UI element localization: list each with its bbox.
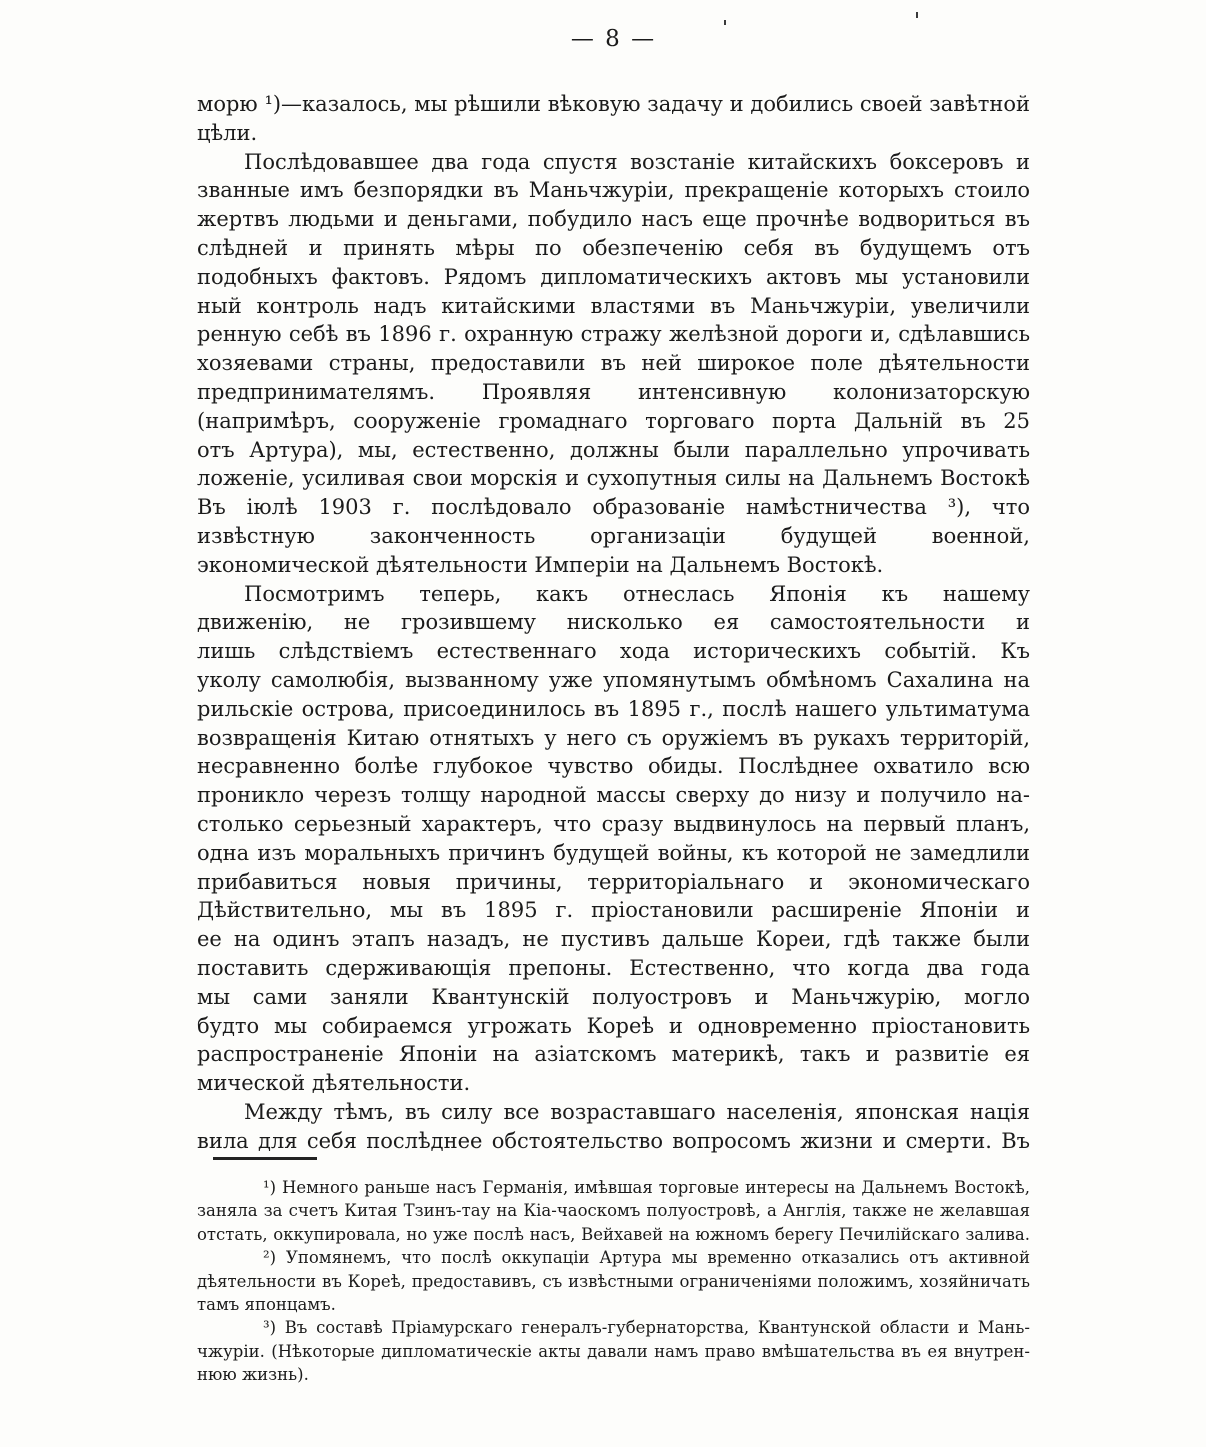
text-line: морю ¹)—казалось, мы рѣшили вѣковую зада… bbox=[197, 90, 1030, 119]
scan-speck bbox=[724, 20, 726, 25]
text-line: ¹) Немного раньше насъ Германія, имѣвшая… bbox=[197, 1176, 1030, 1199]
text-line: Въ іюлѣ 1903 г. послѣдовало образованіе … bbox=[197, 493, 1030, 522]
scanned-book-page: — 8 — морю ¹)—казалось, мы рѣшили вѣкову… bbox=[0, 0, 1206, 1447]
text-line: столько серьезный характеръ, что сразу в… bbox=[197, 810, 1030, 839]
text-line: слѣдней и принять мѣры по обезпеченію се… bbox=[197, 234, 1030, 263]
text-line: Между тѣмъ, въ силу все возраставшаго на… bbox=[197, 1098, 1030, 1127]
page-number-header: — 8 — bbox=[197, 26, 1030, 52]
text-line: возвращенія Китаю отнятыхъ у него съ ору… bbox=[197, 724, 1030, 753]
text-line: мической дѣятельности. bbox=[197, 1069, 1030, 1098]
text-line: нюю жизнь). bbox=[197, 1363, 1030, 1386]
paragraph: Послѣдовавшее два года спустя возстаніе … bbox=[197, 148, 1030, 580]
footnote-separator-rule bbox=[213, 1157, 317, 1160]
text-line: отъ Артура), мы, естественно, должны был… bbox=[197, 436, 1030, 465]
text-line: уколу самолюбія, вызванному уже упомянут… bbox=[197, 666, 1030, 695]
text-line: званные имъ безпорядки въ Маньчжуріи, пр… bbox=[197, 176, 1030, 205]
text-line: ложеніе, усиливая свои морскія и сухопут… bbox=[197, 464, 1030, 493]
text-line: Послѣдовавшее два года спустя возстаніе … bbox=[197, 148, 1030, 177]
text-line: несравненно болѣе глубокое чувство обиды… bbox=[197, 752, 1030, 781]
footnote: ¹) Немного раньше насъ Германія, имѣвшая… bbox=[197, 1176, 1030, 1246]
text-line: (напримѣръ, сооруженіе громаднаго торгов… bbox=[197, 407, 1030, 436]
footnotes-block: ¹) Немного раньше насъ Германія, имѣвшая… bbox=[197, 1176, 1030, 1387]
text-line: подобныхъ фактовъ. Рядомъ дипломатически… bbox=[197, 263, 1030, 292]
text-line: дѣятельности въ Кореѣ, предоставивъ, съ … bbox=[197, 1270, 1030, 1293]
paragraph: Между тѣмъ, въ силу все возраставшаго на… bbox=[197, 1098, 1030, 1156]
scan-speck bbox=[916, 12, 918, 18]
text-line: ный контроль надъ китайскими властями въ… bbox=[197, 292, 1030, 321]
main-text-block: морю ¹)—казалось, мы рѣшили вѣковую зада… bbox=[197, 90, 1030, 1155]
text-line: одна изъ моральныхъ причинъ будущей войн… bbox=[197, 839, 1030, 868]
text-line: предпринимателямъ. Проявляя интенсивную … bbox=[197, 378, 1030, 407]
text-line: хозяевами страны, предоставили въ ней ши… bbox=[197, 349, 1030, 378]
text-line: прибавиться новыя причины, территоріальн… bbox=[197, 868, 1030, 897]
text-line: ²) Упомянемъ, что послѣ оккупаціи Артура… bbox=[197, 1246, 1030, 1269]
text-line: ренную себѣ въ 1896 г. охранную стражу ж… bbox=[197, 320, 1030, 349]
text-line: поставить сдерживающія препоны. Естестве… bbox=[197, 954, 1030, 983]
text-line: распространеніе Японіи на азіатскомъ мат… bbox=[197, 1040, 1030, 1069]
text-line: ее на одинъ этапъ назадъ, не пустивъ дал… bbox=[197, 925, 1030, 954]
footnote: ³) Въ составѣ Пріамурскаго генералъ-губе… bbox=[197, 1316, 1030, 1386]
text-line: ³) Въ составѣ Пріамурскаго генералъ-губе… bbox=[197, 1316, 1030, 1339]
text-line: цѣли. bbox=[197, 119, 1030, 148]
text-line: тамъ японцамъ. bbox=[197, 1293, 1030, 1316]
text-line: мы сами заняли Квантунскій полуостровъ и… bbox=[197, 983, 1030, 1012]
text-line: Дѣйствительно, мы въ 1895 г. пріостанови… bbox=[197, 896, 1030, 925]
text-line: чжуріи. (Нѣкоторые дипломатическіе акты … bbox=[197, 1340, 1030, 1363]
text-line: извѣстную законченность организаціи буду… bbox=[197, 522, 1030, 551]
text-line: проникло черезъ толщу народной массы све… bbox=[197, 781, 1030, 810]
paragraph: Посмотримъ теперь, какъ отнеслась Японія… bbox=[197, 580, 1030, 1098]
text-line: жертвъ людьми и деньгами, побудило насъ … bbox=[197, 205, 1030, 234]
text-line: экономической дѣятельности Имперіи на Да… bbox=[197, 551, 1030, 580]
text-line: лишь слѣдствіемъ естественнаго хода исто… bbox=[197, 637, 1030, 666]
paragraph: морю ¹)—казалось, мы рѣшили вѣковую зада… bbox=[197, 90, 1030, 148]
text-line: заняла за счетъ Китая Тзинъ-тау на Кіа-ч… bbox=[197, 1199, 1030, 1222]
text-line: Посмотримъ теперь, какъ отнеслась Японія… bbox=[197, 580, 1030, 609]
text-line: движенію, не грозившему нисколько ея сам… bbox=[197, 608, 1030, 637]
text-line: будто мы собираемся угрожать Кореѣ и одн… bbox=[197, 1012, 1030, 1041]
text-line: отстать, оккупировала, но уже послѣ насъ… bbox=[197, 1223, 1030, 1246]
text-line: вила для себя послѣднее обстоятельство в… bbox=[197, 1127, 1030, 1156]
text-line: рильскіе острова, присоединилось въ 1895… bbox=[197, 695, 1030, 724]
footnote: ²) Упомянемъ, что послѣ оккупаціи Артура… bbox=[197, 1246, 1030, 1316]
